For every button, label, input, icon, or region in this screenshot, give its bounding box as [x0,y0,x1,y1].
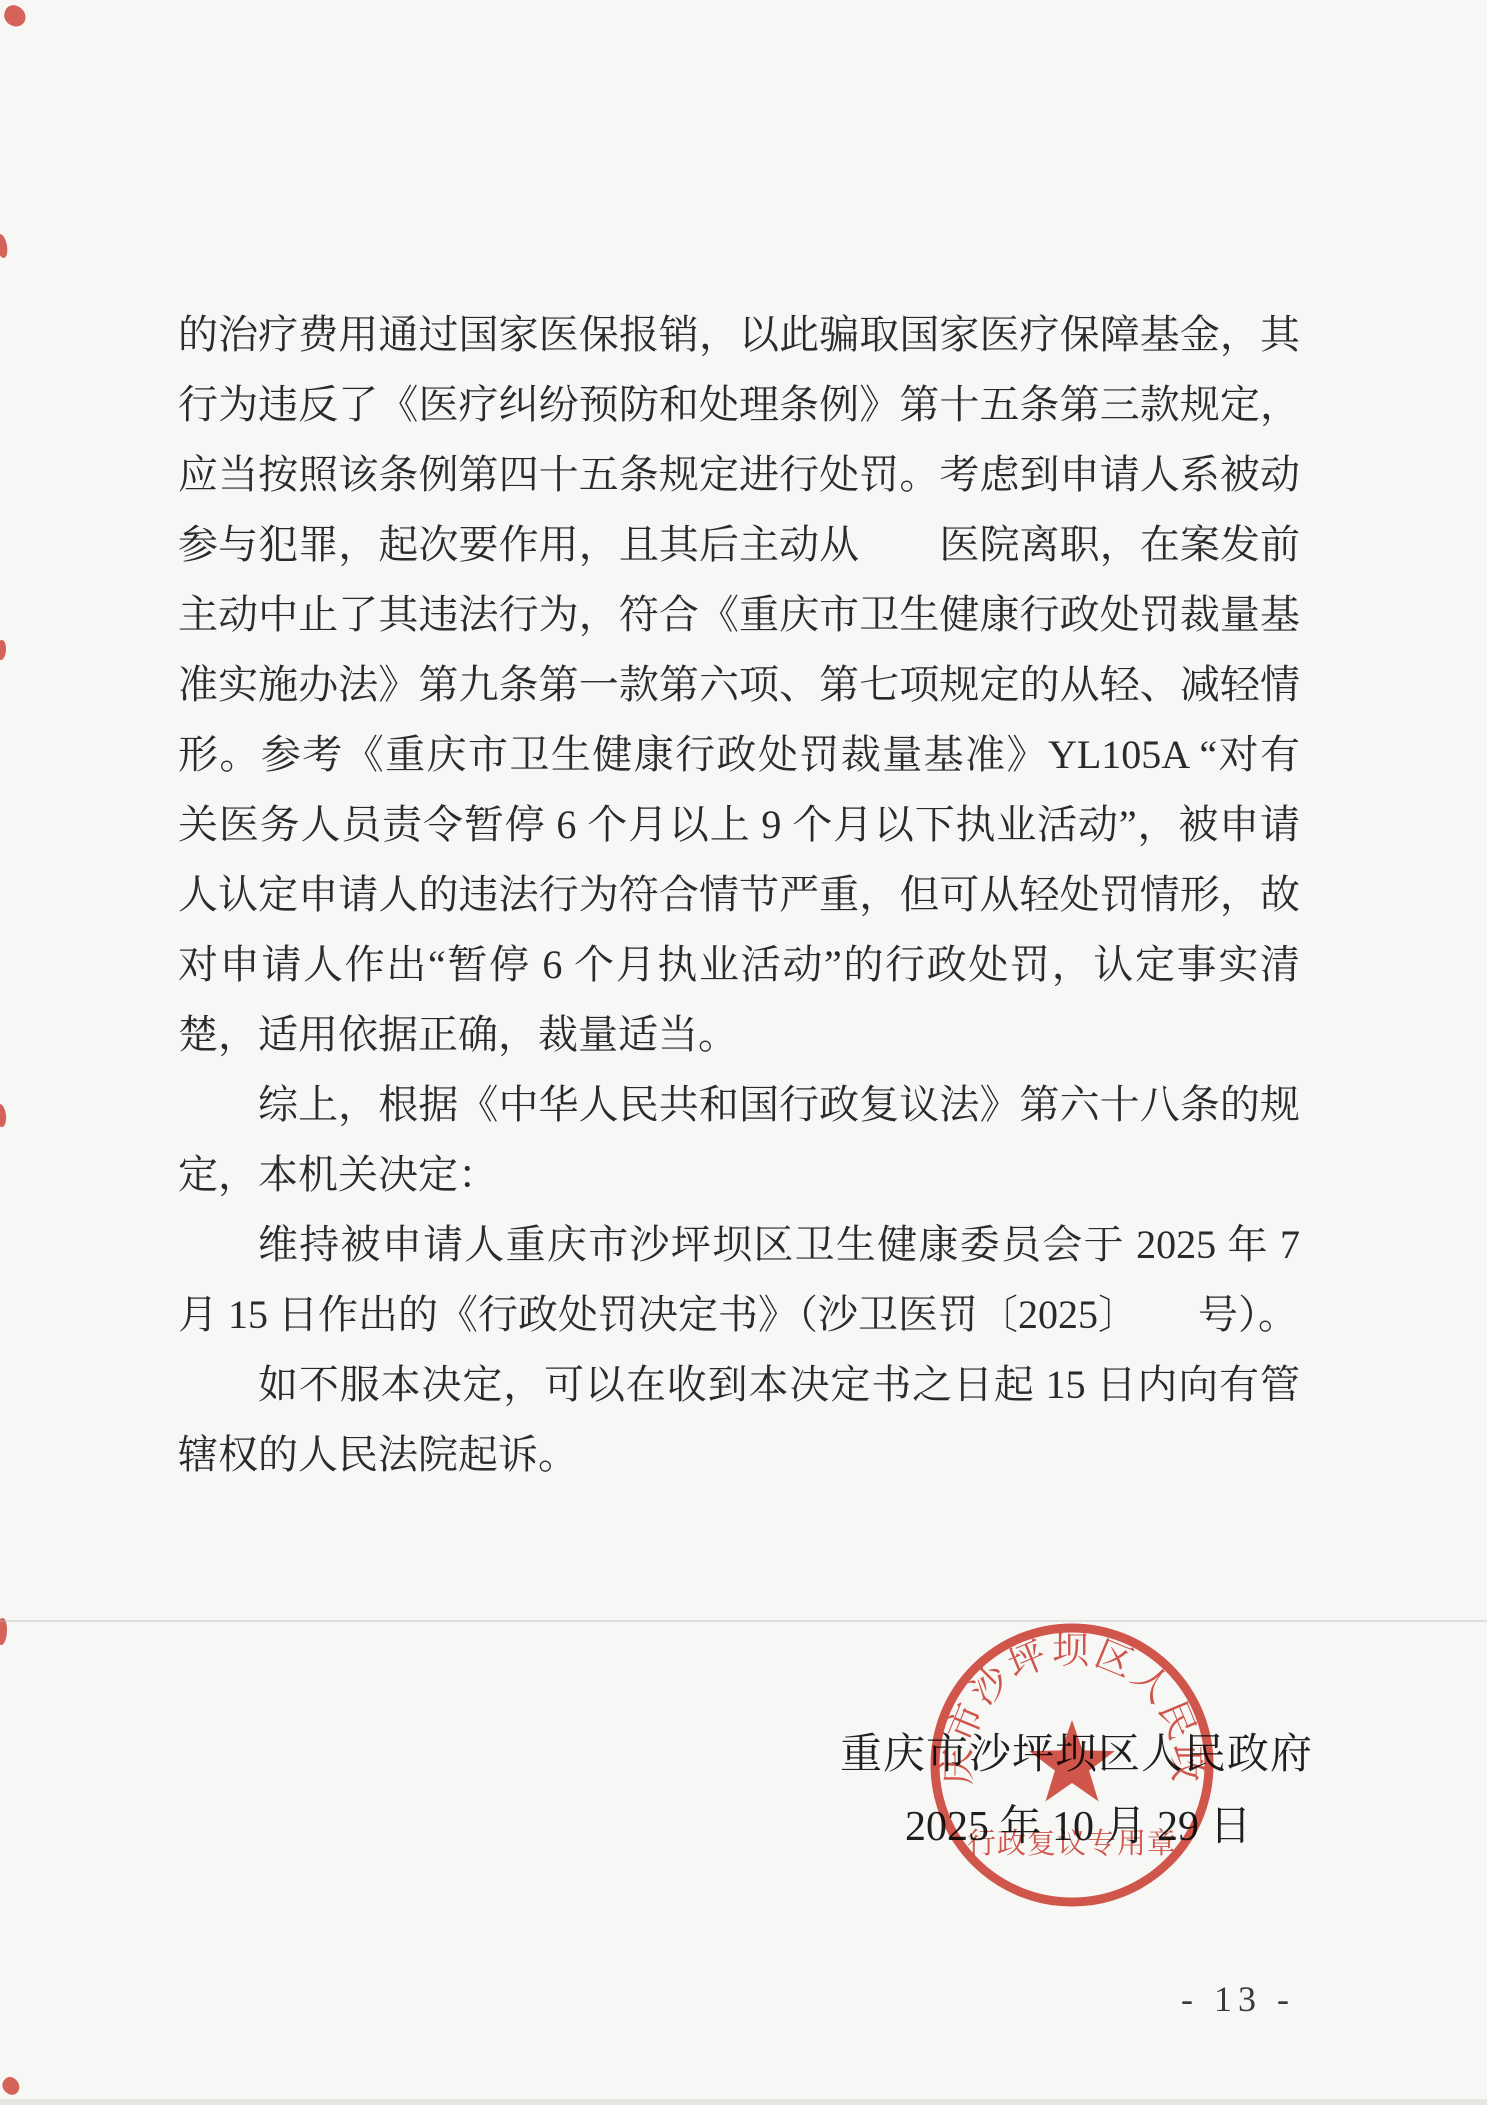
text-line: 对申请人作出“暂停 6 个月执业活动”的行政处罚，认定事实清 [178,930,1300,1000]
page-number: - 13 - [1181,1978,1295,2020]
red-ink-mark [0,233,9,258]
text-line: 参与犯罪，起次要作用，且其后主动从 医院离职，在案发前 [178,510,1300,580]
text-line: 行为违反了《医疗纠纷预防和处理条例》第十五条第三款规定， [178,370,1300,440]
text-line: 月 15 日作出的《行政处罚决定书》（沙卫医罚〔2025〕 号）。 [178,1280,1300,1350]
text-line: 的治疗费用通过国家医保报销，以此骗取国家医疗保障基金，其 [178,300,1300,370]
red-ink-mark [0,1104,7,1128]
red-ink-mark [1,2,29,29]
text-line: 辖权的人民法院起诉。 [178,1420,1300,1490]
scan-bottom-edge [0,2099,1487,2105]
text-line: 定，本机关决定： [178,1140,1300,1210]
text-line: 关医务人员责令暂停 6 个月以上 9 个月以下执业活动”，被申请 [178,790,1300,860]
text-line: 主动中止了其违法行为，符合《重庆市卫生健康行政处罚裁量基 [178,580,1300,650]
seal-star-icon [1029,1720,1115,1801]
red-ink-mark [0,2074,23,2098]
official-seal: 重庆市沙坪坝区人民政府 行政复议专用章 [927,1620,1217,1910]
text-line: 形。参考《重庆市卫生健康行政处罚裁量基准》YL105A “对有 [178,720,1300,790]
text-line: 人认定申请人的违法行为符合情节严重，但可从轻处罚情形，故 [178,860,1300,930]
text-line: 综上，根据《中华人民共和国行政复议法》第六十八条的规 [178,1070,1300,1140]
red-ink-mark [0,640,7,661]
text-line: 应当按照该条例第四十五条规定进行处罚。考虑到申请人系被动 [178,440,1300,510]
scan-artifact-line [0,1620,1487,1622]
text-line: 维持被申请人重庆市沙坪坝区卫生健康委员会于 2025 年 7 [178,1210,1300,1280]
text-line: 准实施办法》第九条第一款第六项、第七项规定的从轻、减轻情 [178,650,1300,720]
seal-banner-text: 行政复议专用章 [967,1827,1177,1860]
document-page: 的治疗费用通过国家医保报销，以此骗取国家医疗保障基金，其 行为违反了《医疗纠纷预… [0,0,1487,2105]
text-line: 如不服本决定，可以在收到本决定书之日起 15 日内向有管 [178,1350,1300,1420]
text-line: 楚，适用依据正确，裁量适当。 [178,1000,1300,1070]
body-text: 的治疗费用通过国家医保报销，以此骗取国家医疗保障基金，其 行为违反了《医疗纠纷预… [178,300,1300,1490]
